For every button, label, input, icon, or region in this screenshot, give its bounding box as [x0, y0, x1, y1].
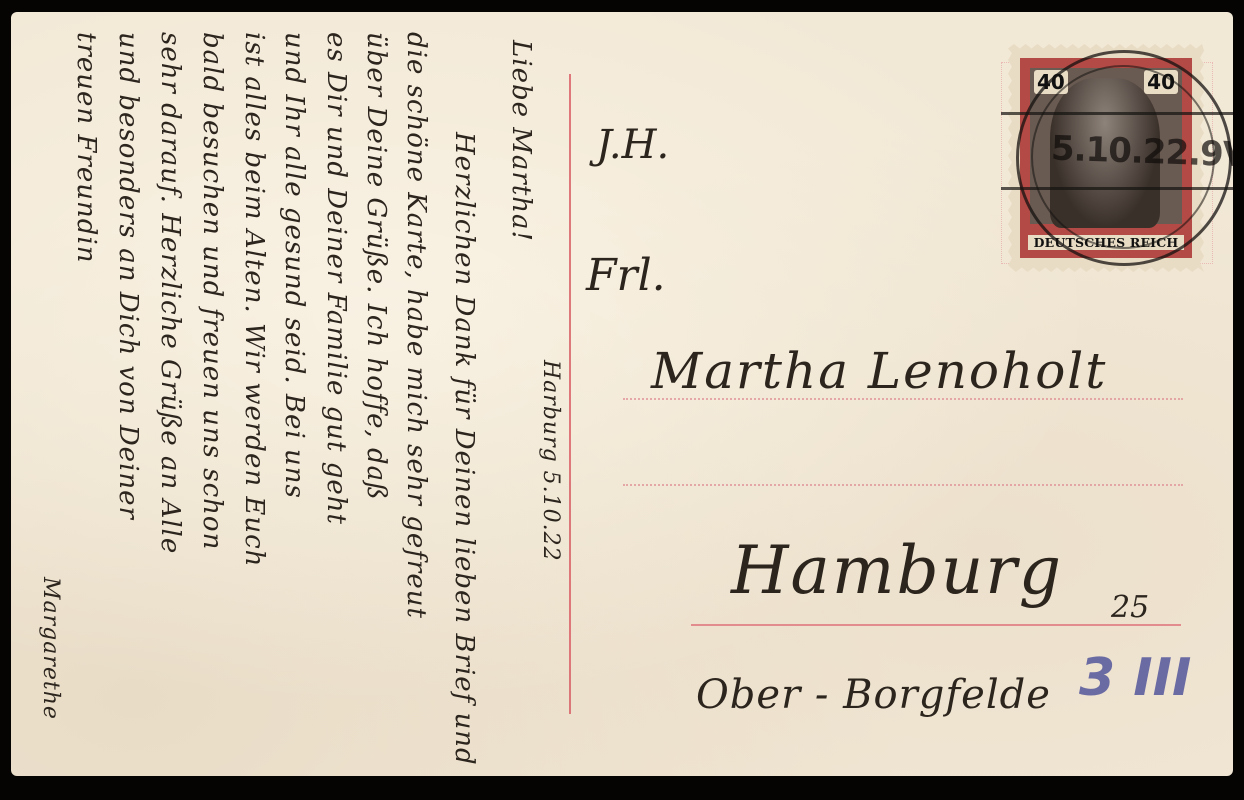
recipient-name: Martha Lenoholt [651, 342, 1107, 400]
recipient-city: Hamburg [731, 532, 1063, 609]
message-line-9: und besonders an Dich von Deiner [113, 32, 143, 520]
address-prefix-jh: J.H. [596, 122, 669, 168]
message-line-1: Herzlichen Dank für Deinen lieben Brief … [449, 132, 479, 766]
message-line-3: über Deine Grüße. Ich hoffe, daß [361, 32, 391, 501]
message-date-line: Harburg 5.10.22 [538, 360, 563, 562]
address-line-2 [623, 484, 1183, 486]
address-prefix-frl: Frl. [586, 250, 666, 301]
address-line-3 [691, 624, 1181, 626]
message-line-4: es Dir und Deiner Familie gut geht [321, 32, 351, 525]
recipient-district-number: 25 [1111, 590, 1149, 625]
postmark-bar-top [1001, 112, 1233, 115]
postcard-back: Liebe Martha! Harburg 5.10.22 Herzlichen… [11, 12, 1233, 776]
postmark-bar-bottom [1001, 187, 1233, 190]
message-salutation: Liebe Martha! [506, 40, 536, 242]
message-line-6: ist alles beim Alten. Wir werden Euch [239, 32, 269, 567]
pencil-annotation: 3 III [1079, 648, 1191, 708]
recipient-street: Ober - Borgfelde [696, 672, 1051, 718]
message-line-10: treuen Freundin [71, 32, 101, 263]
message-line-2: die schöne Karte, habe mich sehr gefreut [401, 32, 431, 619]
center-divider-line [569, 74, 571, 714]
message-line-5: und Ihr alle gesund seid. Bei uns [279, 32, 309, 499]
message-line-7: bald besuchen und freuen uns schon [197, 32, 227, 550]
message-signature: Margarethe [38, 577, 63, 720]
postmark-date: 5.10.22.9V [1050, 129, 1233, 176]
message-line-8: sehr darauf. Herzliche Grüße an Alle [155, 32, 185, 554]
